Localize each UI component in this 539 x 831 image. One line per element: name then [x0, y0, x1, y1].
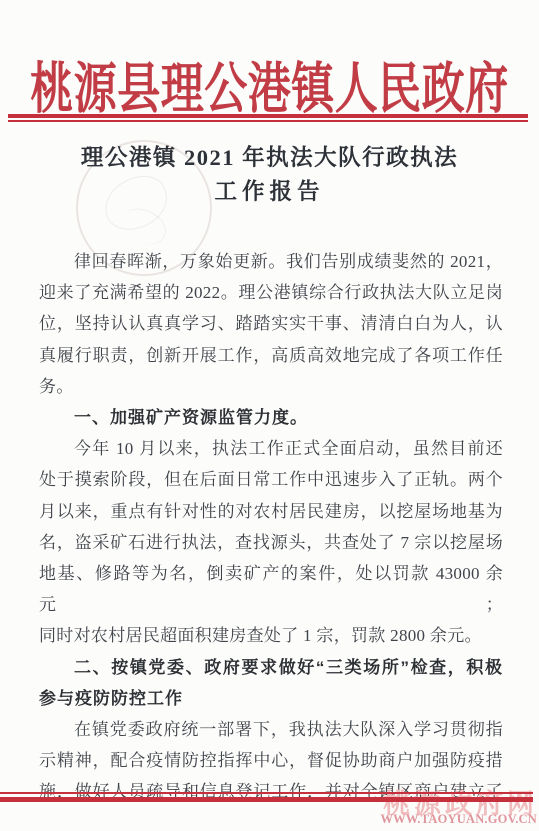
body-text-line: 今年 10 月以来，执法工作正式全面启动，虽然目前还	[39, 433, 503, 464]
body-text-line: 在镇党委政府统一部署下，我执法大队深入学习贯彻指	[39, 714, 503, 745]
scanned-document-page: 桃源县理公港镇人民政府 理公港镇 2021 年执法大队行政执法 工作报告 律回春…	[0, 0, 539, 831]
body-text-line: 示精神，配合疫情防控指挥中心，督促协助商户加强防疫措	[39, 745, 503, 776]
body-text-line: 位，坚持认认真真学习、踏踏实实干事、清清白白为人，认	[39, 308, 503, 339]
body-text-line: 真履行职责，创新开展工作，高质高效地完成了各项工作任	[39, 340, 503, 371]
letterhead-rule-thick	[8, 114, 528, 118]
body-text-line: 律回春晖渐，万象始更新。我们告别成绩斐然的 2021，	[39, 246, 503, 277]
body-text-line: 名，盗采矿石进行执法，查找源头，共查处了 7 宗以挖屋场	[39, 527, 503, 558]
body-text-line: 月以来，重点有针对性的对农村居民建房，以挖屋场地基为	[39, 496, 503, 527]
document-title-line2: 工作报告	[0, 175, 539, 209]
letterhead-rule-thin	[8, 120, 528, 122]
document-body: 律回春晖渐，万象始更新。我们告别成绩斐然的 2021，迎来了充满希望的 2022…	[39, 246, 503, 808]
body-text-line: 同时对农村居民超面积建房查处了 1 宗，罚款 2800 余元。	[39, 620, 503, 651]
letterhead-org-name: 桃源县理公港镇人民政府	[0, 46, 539, 124]
section-heading-line: 二、按镇党委、政府要求做好“三类场所”检查，积极	[39, 652, 503, 683]
footer-rule-thin	[0, 792, 533, 794]
body-text-line: 地基、修路等为名，倒卖矿产的案件，处以罚款 43000 余元；	[39, 558, 503, 620]
body-text-line: 务。	[39, 371, 503, 402]
body-text-line: 处于摸索阶段，但在后面日常工作中迅速步入了正轨。两个	[39, 464, 503, 495]
site-watermark-url: WWW.TAOYUAN.GOV.CN	[380, 812, 537, 827]
body-text-line: 迎来了充满希望的 2022。理公港镇综合行政执法大队立足岗	[39, 277, 503, 308]
footer-rule-thick	[0, 797, 533, 802]
document-title: 理公港镇 2021 年执法大队行政执法 工作报告	[0, 141, 539, 209]
section-heading-line: 一、加强矿产资源监管力度。	[39, 402, 503, 433]
document-title-line1: 理公港镇 2021 年执法大队行政执法	[0, 141, 539, 175]
section-heading-line: 参与疫防防控工作	[39, 683, 503, 714]
